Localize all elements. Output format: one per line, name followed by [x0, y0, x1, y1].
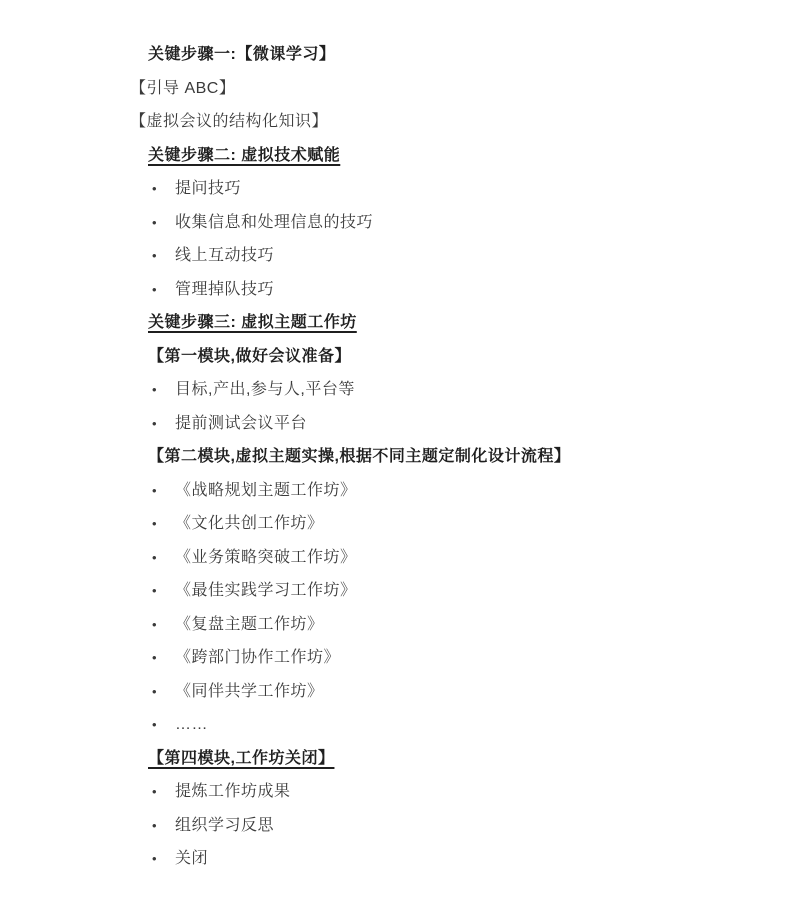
bullet-item: • 管理掉队技巧 — [0, 280, 800, 299]
bullet-text: 《同伴共学工作坊》 — [175, 682, 324, 701]
bullet-item: • 关闭 — [0, 849, 800, 868]
bullet-dot-icon: • — [152, 213, 175, 232]
bullet-dot-icon: • — [152, 782, 175, 801]
heading-module-1: 【第一模块,做好会议准备】 — [0, 347, 800, 366]
bullet-text: 提炼工作坊成果 — [175, 782, 291, 801]
bullet-text: 目标,产出,参与人,平台等 — [175, 380, 355, 399]
bullet-item: • 提问技巧 — [0, 179, 800, 198]
bullet-text: 《复盘主题工作坊》 — [175, 615, 324, 634]
bullet-dot-icon: • — [152, 581, 175, 600]
bullet-item: • 《跨部门协作工作坊》 — [0, 648, 800, 667]
bullet-item: • 《文化共创工作坊》 — [0, 514, 800, 533]
document-content: 关键步骤一:【微课学习】 【引导 ABC】 【虚拟会议的结构化知识】 关键步骤二… — [0, 0, 800, 868]
heading-key-step-2: 关键步骤二: 虚拟技术赋能 — [0, 146, 800, 165]
bullet-item: • 目标,产出,参与人,平台等 — [0, 380, 800, 399]
bullet-item-ellipsis: • …… — [0, 715, 800, 734]
bullet-dot-icon: • — [152, 179, 175, 198]
bullet-dot-icon: • — [152, 380, 175, 399]
bullet-dot-icon: • — [152, 280, 175, 299]
bullet-text: 《最佳实践学习工作坊》 — [175, 581, 357, 600]
bullet-dot-icon: • — [152, 816, 175, 835]
bullet-dot-icon: • — [152, 615, 175, 634]
bullet-text: 关闭 — [175, 849, 208, 868]
paragraph-structured-knowledge: 【虚拟会议的结构化知识】 — [0, 112, 800, 131]
bullet-item: • 提前测试会议平台 — [0, 414, 800, 433]
bullet-item: • 组织学习反思 — [0, 816, 800, 835]
bullet-item: • 《战略规划主题工作坊》 — [0, 481, 800, 500]
heading-key-step-1: 关键步骤一:【微课学习】 — [0, 45, 800, 64]
bullet-text: 《跨部门协作工作坊》 — [175, 648, 340, 667]
bullet-item: • 线上互动技巧 — [0, 246, 800, 265]
bullet-text: 收集信息和处理信息的技巧 — [175, 213, 373, 232]
bullet-dot-icon: • — [152, 849, 175, 868]
bullet-dot-icon: • — [152, 414, 175, 433]
bullet-item: • 《同伴共学工作坊》 — [0, 682, 800, 701]
bullet-text: 管理掉队技巧 — [175, 280, 274, 299]
bullet-text: 组织学习反思 — [175, 816, 274, 835]
bullet-item: • 《业务策略突破工作坊》 — [0, 548, 800, 567]
bullet-dot-icon: • — [152, 715, 175, 734]
bullet-text: 提前测试会议平台 — [175, 414, 307, 433]
bullet-item: • 收集信息和处理信息的技巧 — [0, 213, 800, 232]
bullet-dot-icon: • — [152, 548, 175, 567]
heading-key-step-3: 关键步骤三: 虚拟主题工作坊 — [0, 313, 800, 332]
bullet-text: …… — [175, 715, 208, 734]
document-page: 关键步骤一:【微课学习】 【引导 ABC】 【虚拟会议的结构化知识】 关键步骤二… — [0, 0, 800, 903]
bullet-text: 线上互动技巧 — [175, 246, 274, 265]
bullet-item: • 提炼工作坊成果 — [0, 782, 800, 801]
heading-module-4: 【第四模块,工作坊关闭】 — [0, 749, 800, 768]
heading-module-2: 【第二模块,虚拟主题实操,根据不同主题定制化设计流程】 — [0, 447, 800, 466]
paragraph-guide-abc: 【引导 ABC】 — [0, 79, 800, 98]
bullet-text: 《战略规划主题工作坊》 — [175, 481, 357, 500]
bullet-item: • 《最佳实践学习工作坊》 — [0, 581, 800, 600]
bullet-item: • 《复盘主题工作坊》 — [0, 615, 800, 634]
bullet-text: 提问技巧 — [175, 179, 241, 198]
bullet-text: 《业务策略突破工作坊》 — [175, 548, 357, 567]
bullet-text: 《文化共创工作坊》 — [175, 514, 324, 533]
bullet-dot-icon: • — [152, 481, 175, 500]
bullet-dot-icon: • — [152, 682, 175, 701]
bullet-dot-icon: • — [152, 514, 175, 533]
bullet-dot-icon: • — [152, 648, 175, 667]
bullet-dot-icon: • — [152, 246, 175, 265]
